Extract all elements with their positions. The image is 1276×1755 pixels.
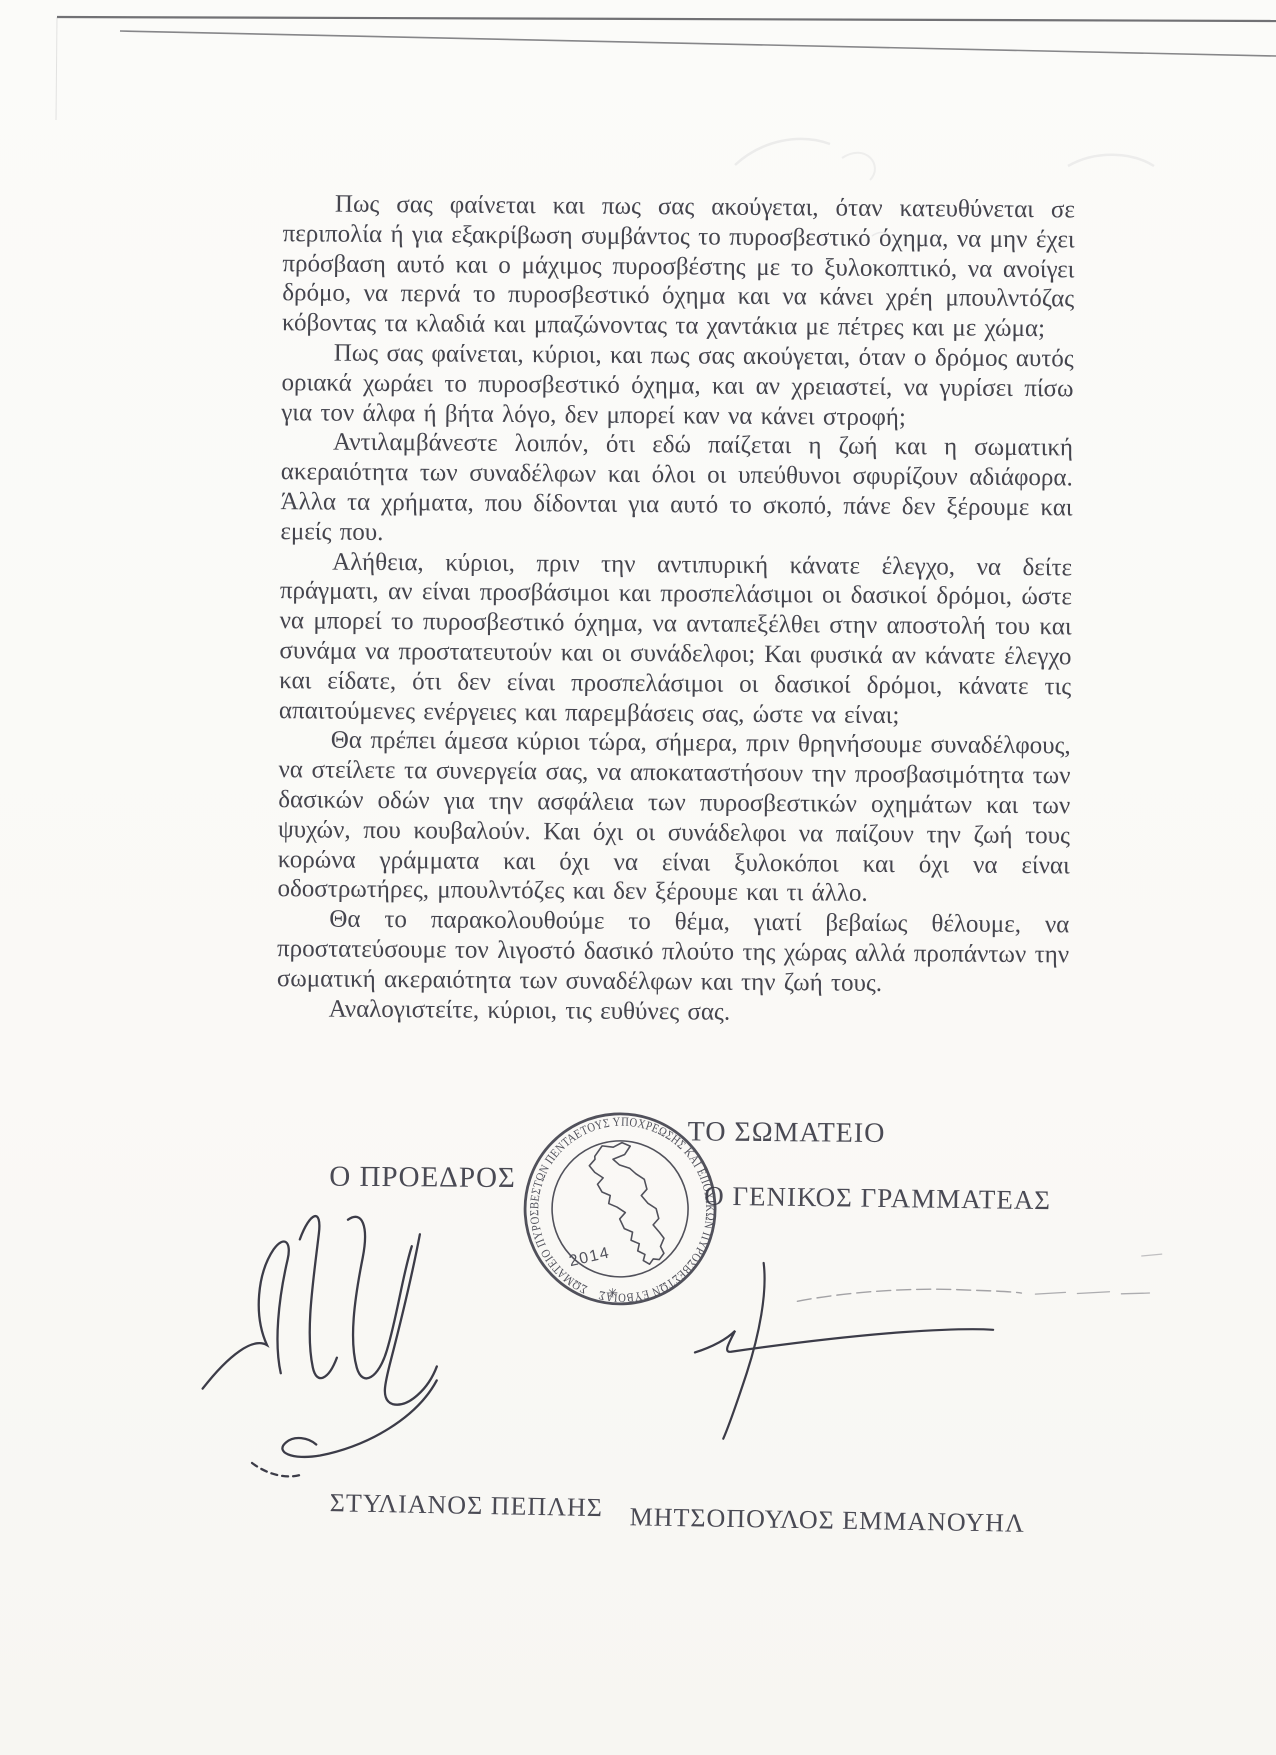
- letter-body: Πως σας φαίνεται και πως σας ακούγεται, …: [277, 189, 1076, 1030]
- union-stamp: ΣΩΜΑΤΕΙΟ ΠΥΡΟΣΒΕΣΤΩΝ ΠΕΝΤΑΕΤΟΥΣ ΥΠΟΧΡΕΩΣ…: [519, 1108, 721, 1310]
- paragraph: Θα πρέπει άμεσα κύριοι τώρα, σήμερα, πρι…: [277, 726, 1070, 911]
- paragraph: Αλήθεια, κύριοι, πριν την αντιπυρική κάν…: [279, 547, 1072, 732]
- president-name: ΣΤΥΛΙΑΝΟΣ ΠΕΠΛΗΣ: [329, 1488, 603, 1523]
- stamp-star-icon: ✳: [607, 1285, 619, 1301]
- paragraph: Αναλογιστείτε, κύριοι, τις ευθύνες σας.: [277, 994, 1069, 1030]
- secretary-title: Ο ΓΕΝΙΚΟΣ ΓΡΑΜΜΑΤΕΑΣ: [704, 1181, 1051, 1217]
- secretary-name: ΜΗΤΣΟΠΟΥΛΟΣ ΕΜΜΑΝΟΥΗΛ: [629, 1502, 1025, 1539]
- stamp-year: 2014: [568, 1244, 612, 1270]
- paragraph: Πως σας φαίνεται, κύριοι, και πως σας ακ…: [281, 338, 1074, 434]
- paragraph: Θα το παρακολουθούμε το θέμα, γιατί βεβα…: [277, 904, 1070, 1000]
- president-title: Ο ΠΡΟΕΔΡΟΣ: [329, 1161, 516, 1195]
- president-signature: [202, 1215, 438, 1477]
- scanned-letter-page: Πως σας φαίνεται και πως σας ακούγεται, …: [0, 0, 1276, 1755]
- letter-content: Πως σας φαίνεται και πως σας ακούγεται, …: [0, 0, 1276, 1755]
- paragraph: Πως σας φαίνεται και πως σας ακούγεται, …: [282, 189, 1075, 344]
- secretary-signature: [694, 1250, 1161, 1442]
- paragraph: Αντιλαμβάνεστε λοιπόν, ότι εδώ παίζεται …: [280, 428, 1073, 553]
